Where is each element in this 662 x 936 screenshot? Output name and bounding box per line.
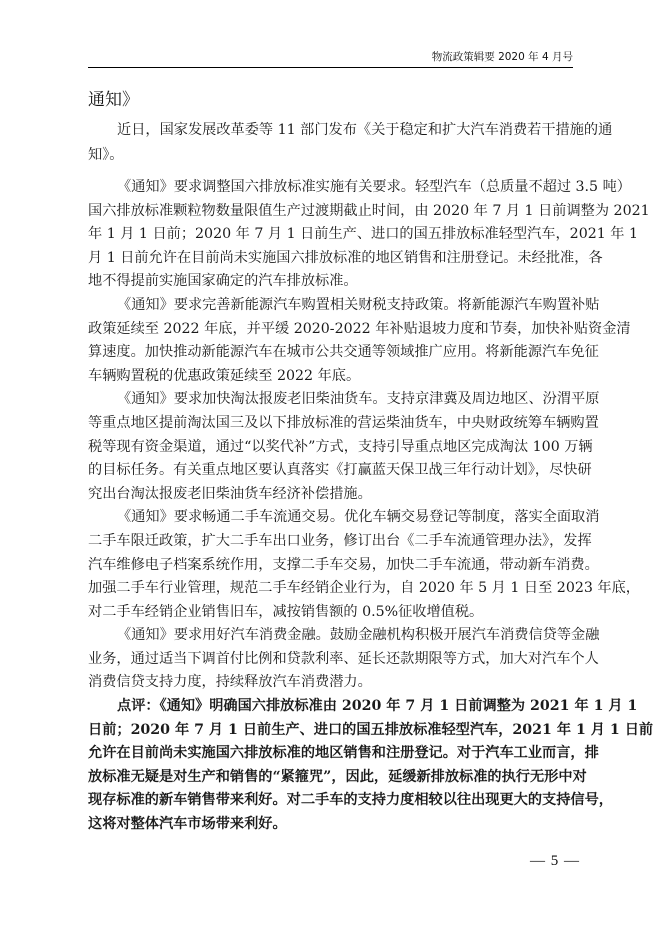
text-line: 等重点地区提前淘汰国三及以下排放标准的营运柴油货车，中央财政统筹车辆购置 (88, 412, 573, 436)
running-header: 物流政策辑要 2020 年 4 月号 (88, 50, 573, 68)
text-line: 对二手车经销企业销售旧车，减按销售额的 0.5%征收增值税。 (88, 601, 573, 625)
text-line: 究出台淘汰报废老旧柴油货车经济补偿措施。 (88, 483, 573, 507)
paragraph-intro: 近日，国家发展改革委等 11 部门发布《关于稳定和扩大汽车消费若干措施的通 知》… (88, 118, 573, 168)
document-page: 物流政策辑要 2020 年 4 月号 通知》 近日，国家发展改革委等 11 部门… (0, 0, 662, 936)
paragraph-emission-standards: 《通知》要求调整国六排放标准实施有关要求。轻型汽车（总质量不超过 3.5 吨） … (88, 176, 573, 294)
body-text: 近日，国家发展改革委等 11 部门发布《关于稳定和扩大汽车消费若干措施的通 知》… (88, 118, 573, 837)
text-line: 税等现有资金渠道，通过“以奖代补”方式，支持引导重点地区完成淘汰 100 万辆 (88, 436, 573, 460)
paragraph-diesel-trucks: 《通知》要求加快淘汰报废老旧柴油货车。支持京津冀及周边地区、汾渭平原 等重点地区… (88, 388, 573, 506)
text-line: 点评：《通知》明确国六排放标准由 2020 年 7 月 1 日前调整为 2021… (88, 695, 573, 719)
text-line: 《通知》要求调整国六排放标准实施有关要求。轻型汽车（总质量不超过 3.5 吨） (88, 176, 573, 200)
page-number: — 5 — (530, 853, 580, 870)
paragraph-commentary: 点评：《通知》明确国六排放标准由 2020 年 7 月 1 日前调整为 2021… (88, 695, 573, 837)
text-line: 近日，国家发展改革委等 11 部门发布《关于稳定和扩大汽车消费若干措施的通 (88, 118, 573, 143)
text-line: 知》。 (88, 143, 573, 168)
text-line: 日前；2020 年 7 月 1 日前生产、进口的国五排放标准轻型汽车，2021 … (88, 719, 573, 743)
paragraph-used-cars: 《通知》要求畅通二手车流通交易。优化车辆交易登记等制度，落实全面取消 二手车限迁… (88, 506, 573, 624)
text-line: 《通知》要求畅通二手车流通交易。优化车辆交易登记等制度，落实全面取消 (88, 506, 573, 530)
text-line: 的目标任务。有关重点地区要认真落实《打赢蓝天保卫战三年行动计划》，尽快研 (88, 459, 573, 483)
paragraph-auto-finance: 《通知》要求用好汽车消费金融。鼓励金融机构积极开展汽车消费信贷等金融 业务，通过… (88, 624, 573, 695)
text-line: 加强二手车行业管理，规范二手车经销企业行为，自 2020 年 5 月 1 日至 … (88, 577, 573, 601)
text-line: 地不得提前实施国家确定的汽车排放标准。 (88, 270, 573, 294)
paragraph-nev-subsidy: 《通知》要求完善新能源汽车购置相关财税支持政策。将新能源汽车购置补贴 政策延续至… (88, 294, 573, 388)
text-line: 算速度。加快推动新能源汽车在城市公共交通等领域推广应用。将新能源汽车免征 (88, 341, 573, 365)
text-line: 现存标准的新车销售带来利好。对二手车的支持力度相较以往出现更大的支持信号， (88, 789, 573, 813)
text-line: 《通知》要求加快淘汰报废老旧柴油货车。支持京津冀及周边地区、汾渭平原 (88, 388, 573, 412)
text-line: 消费信贷支持力度，持续释放汽车消费潜力。 (88, 671, 573, 695)
text-line: 汽车维修电子档案系统作用，支撑二手车交易，加快二手车流通，带动新车消费。 (88, 554, 573, 578)
text-line: 国六排放标准颗粒物数量限值生产过渡期截止时间，由 2020 年 7 月 1 日前… (88, 200, 573, 224)
text-line: 年 1 月 1 日前；2020 年 7 月 1 日前生产、进口的国五排放标准轻型… (88, 223, 573, 247)
section-heading: 通知》 (88, 88, 139, 112)
text-line: 月 1 日前允许在目前尚未实施国六排放标准的地区销售和注册登记。未经批准，各 (88, 247, 573, 271)
text-line: 《通知》要求完善新能源汽车购置相关财税支持政策。将新能源汽车购置补贴 (88, 294, 573, 318)
text-line: 放标准无疑是对生产和销售的“紧箍咒”，因此，延缓新排放标准的执行无形中对 (88, 766, 573, 790)
header-rule (88, 67, 573, 68)
text-line: 二手车限迁政策，扩大二手车出口业务，修订出台《二手车流通管理办法》，发挥 (88, 530, 573, 554)
text-line: 车辆购置税的优惠政策延续至 2022 年底。 (88, 365, 573, 389)
text-line: 这将对整体汽车市场带来利好。 (88, 813, 573, 837)
text-line: 政策延续至 2022 年底，并平缓 2020-2022 年补贴退坡力度和节奏，加… (88, 318, 573, 342)
text-line: 《通知》要求用好汽车消费金融。鼓励金融机构积极开展汽车消费信贷等金融 (88, 624, 573, 648)
text-line: 允许在目前尚未实施国六排放标准的地区销售和注册登记。对于汽车工业而言，排 (88, 742, 573, 766)
text-line: 业务，通过适当下调首付比例和贷款利率、延长还款期限等方式，加大对汽车个人 (88, 648, 573, 672)
